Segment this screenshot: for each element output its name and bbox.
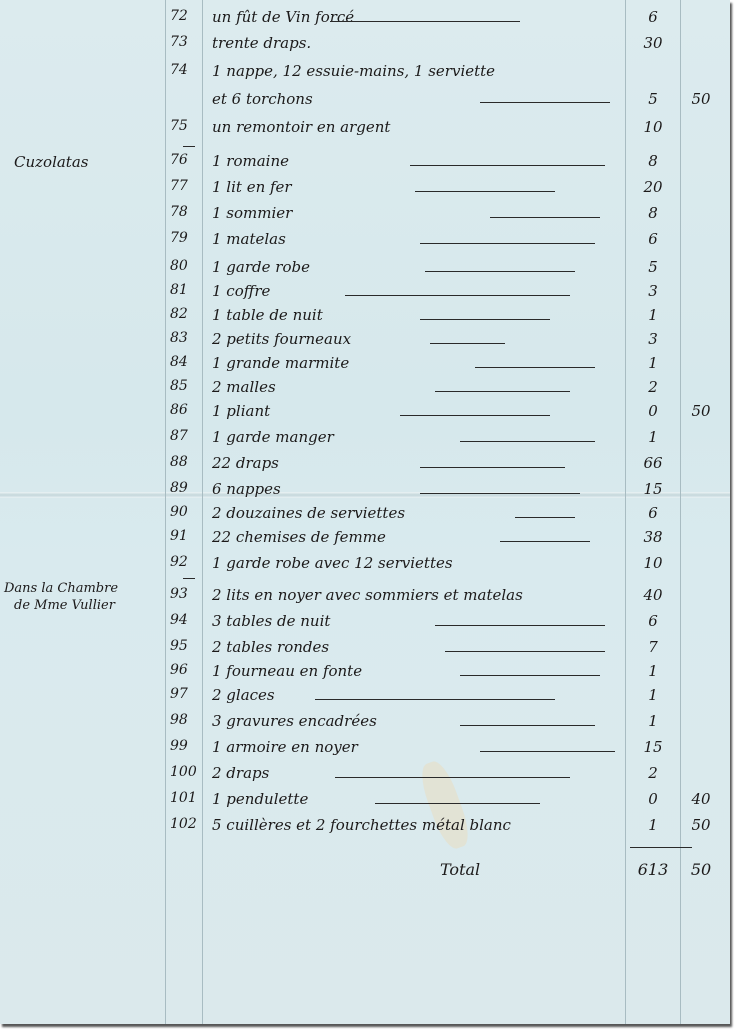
leader-line bbox=[425, 271, 575, 272]
total-francs: 613 bbox=[628, 860, 678, 879]
item-francs: 6 bbox=[628, 230, 678, 248]
leader-line bbox=[435, 625, 605, 626]
item-number: 84 bbox=[170, 354, 200, 370]
item-description: 1 sommier bbox=[212, 204, 292, 222]
inventory-row: 983 gravures encadrées1 bbox=[0, 712, 730, 738]
item-francs: 6 bbox=[628, 612, 678, 630]
leader-line bbox=[345, 295, 570, 296]
inventory-row: 811 coffre3 bbox=[0, 282, 730, 308]
inventory-row: 771 lit en fer20 bbox=[0, 178, 730, 204]
item-number: 99 bbox=[170, 738, 200, 754]
item-description: 3 gravures encadrées bbox=[212, 712, 377, 730]
item-francs: 40 bbox=[628, 586, 678, 604]
item-number: 79 bbox=[170, 230, 200, 246]
item-francs: 38 bbox=[628, 528, 678, 546]
inventory-row: 1025 cuillères et 2 fourchettes métal bl… bbox=[0, 816, 730, 842]
item-description: trente draps. bbox=[212, 34, 311, 52]
item-number: 74 bbox=[170, 62, 200, 78]
item-francs: 2 bbox=[628, 378, 678, 396]
item-francs: 15 bbox=[628, 738, 678, 756]
item-francs: 30 bbox=[628, 34, 678, 52]
leader-line bbox=[375, 803, 540, 804]
inventory-row: 871 garde manger1 bbox=[0, 428, 730, 454]
item-francs: 66 bbox=[628, 454, 678, 472]
leader-line bbox=[445, 651, 605, 652]
item-number: 88 bbox=[170, 454, 200, 470]
item-francs: 10 bbox=[628, 118, 678, 136]
item-description: 1 garde manger bbox=[212, 428, 334, 446]
item-number: 98 bbox=[170, 712, 200, 728]
item-number: 102 bbox=[170, 816, 200, 832]
item-francs: 1 bbox=[628, 662, 678, 680]
item-number: 89 bbox=[170, 480, 200, 496]
item-francs: 8 bbox=[628, 204, 678, 222]
inventory-row: 943 tables de nuit6 bbox=[0, 612, 730, 638]
inventory-row: 991 armoire en noyer15 bbox=[0, 738, 730, 764]
section-divider bbox=[183, 146, 195, 147]
ledger-page: Cuzolatas Dans la Chambre de Mme Vullier… bbox=[0, 0, 730, 1024]
item-francs: 1 bbox=[628, 816, 678, 834]
inventory-row: 961 fourneau en fonte1 bbox=[0, 662, 730, 688]
item-description: 1 romaine bbox=[212, 152, 289, 170]
item-francs: 1 bbox=[628, 686, 678, 704]
item-description: 6 nappes bbox=[212, 480, 281, 498]
item-description: 2 lits en noyer avec sommiers et matelas bbox=[212, 586, 523, 604]
leader-line bbox=[490, 217, 600, 218]
inventory-row: 8822 draps66 bbox=[0, 454, 730, 480]
item-description: 5 cuillères et 2 fourchettes métal blanc bbox=[212, 816, 511, 834]
item-francs: 1 bbox=[628, 306, 678, 324]
inventory-row: 791 matelas6 bbox=[0, 230, 730, 256]
item-number: 81 bbox=[170, 282, 200, 298]
item-francs: 8 bbox=[628, 152, 678, 170]
item-description: 2 tables rondes bbox=[212, 638, 329, 656]
leader-line bbox=[335, 777, 570, 778]
item-number: 87 bbox=[170, 428, 200, 444]
leader-line bbox=[410, 165, 605, 166]
item-francs: 7 bbox=[628, 638, 678, 656]
inventory-row: 861 pliant050 bbox=[0, 402, 730, 428]
item-francs: 0 bbox=[628, 790, 678, 808]
item-number: 101 bbox=[170, 790, 200, 806]
inventory-row: 832 petits fourneaux3 bbox=[0, 330, 730, 356]
item-description: 22 chemises de femme bbox=[212, 528, 386, 546]
inventory-row: 801 garde robe5 bbox=[0, 258, 730, 284]
section-divider bbox=[183, 578, 195, 579]
item-description: 22 draps bbox=[212, 454, 279, 472]
item-description: 1 nappe, 12 essuie-mains, 1 serviette bbox=[212, 62, 495, 80]
item-francs: 6 bbox=[628, 8, 678, 26]
leader-line bbox=[430, 343, 505, 344]
inventory-row: 741 nappe, 12 essuie-mains, 1 serviette5… bbox=[0, 62, 730, 88]
leader-line bbox=[515, 517, 575, 518]
item-number: 80 bbox=[170, 258, 200, 274]
item-description: 2 draps bbox=[212, 764, 269, 782]
item-francs: 10 bbox=[628, 554, 678, 572]
item-description: 1 armoire en noyer bbox=[212, 738, 358, 756]
item-description-continued: et 6 torchons bbox=[212, 90, 313, 108]
item-description: 1 coffre bbox=[212, 282, 270, 300]
item-francs: 20 bbox=[628, 178, 678, 196]
inventory-row: 73trente draps.30 bbox=[0, 34, 730, 60]
leader-line bbox=[330, 21, 520, 22]
inventory-row: 9122 chemises de femme38 bbox=[0, 528, 730, 554]
item-description: 2 malles bbox=[212, 378, 276, 396]
item-centimes: 50 bbox=[683, 816, 719, 834]
leader-line bbox=[500, 541, 590, 542]
item-francs: 5 bbox=[628, 90, 678, 108]
total-rule bbox=[630, 847, 692, 848]
item-francs: 2 bbox=[628, 764, 678, 782]
inventory-row: 921 garde robe avec 12 serviettes10 bbox=[0, 554, 730, 580]
leader-line bbox=[420, 467, 565, 468]
item-number: 95 bbox=[170, 638, 200, 654]
item-description: 2 petits fourneaux bbox=[212, 330, 351, 348]
inventory-row: 841 grande marmite1 bbox=[0, 354, 730, 380]
item-number: 96 bbox=[170, 662, 200, 678]
leader-line bbox=[420, 243, 595, 244]
inventory-row: 72un fût de Vin forcé6 bbox=[0, 8, 730, 34]
item-number: 85 bbox=[170, 378, 200, 394]
item-francs: 1 bbox=[628, 354, 678, 372]
item-number: 83 bbox=[170, 330, 200, 346]
inventory-row: 761 romaine8 bbox=[0, 152, 730, 178]
item-number: 78 bbox=[170, 204, 200, 220]
item-centimes: 50 bbox=[683, 90, 719, 108]
item-francs: 3 bbox=[628, 330, 678, 348]
item-number: 97 bbox=[170, 686, 200, 702]
inventory-row: 952 tables rondes7 bbox=[0, 638, 730, 664]
item-number: 94 bbox=[170, 612, 200, 628]
item-number: 73 bbox=[170, 34, 200, 50]
item-description: un remontoir en argent bbox=[212, 118, 390, 136]
item-description: 1 grande marmite bbox=[212, 354, 349, 372]
inventory-row: 1011 pendulette040 bbox=[0, 790, 730, 816]
leader-line bbox=[435, 391, 570, 392]
item-centimes: 40 bbox=[683, 790, 719, 808]
item-number: 91 bbox=[170, 528, 200, 544]
item-francs: 1 bbox=[628, 428, 678, 446]
leader-line bbox=[415, 191, 555, 192]
leader-line bbox=[400, 415, 550, 416]
inventory-row: 972 glaces1 bbox=[0, 686, 730, 712]
total-cents: 50 bbox=[683, 860, 719, 879]
item-number: 92 bbox=[170, 554, 200, 570]
item-francs: 6 bbox=[628, 504, 678, 522]
item-number: 76 bbox=[170, 152, 200, 168]
inventory-row: 932 lits en noyer avec sommiers et matel… bbox=[0, 586, 730, 612]
item-description: 1 pliant bbox=[212, 402, 270, 420]
item-description: 1 fourneau en fonte bbox=[212, 662, 362, 680]
item-centimes: 50 bbox=[683, 402, 719, 420]
item-description: 2 douzaines de serviettes bbox=[212, 504, 405, 522]
inventory-row: 821 table de nuit1 bbox=[0, 306, 730, 332]
item-description: 1 matelas bbox=[212, 230, 286, 248]
item-description: 3 tables de nuit bbox=[212, 612, 330, 630]
item-francs: 1 bbox=[628, 712, 678, 730]
item-description: un fût de Vin forcé bbox=[212, 8, 354, 26]
inventory-row: 902 douzaines de serviettes6 bbox=[0, 504, 730, 530]
item-description: 1 table de nuit bbox=[212, 306, 323, 324]
inventory-row: 1002 draps2 bbox=[0, 764, 730, 790]
leader-line bbox=[460, 441, 595, 442]
item-number: 72 bbox=[170, 8, 200, 24]
item-description: 1 garde robe avec 12 serviettes bbox=[212, 554, 453, 572]
inventory-row: 852 malles2 bbox=[0, 378, 730, 404]
leader-line bbox=[480, 751, 615, 752]
leader-line bbox=[460, 675, 600, 676]
item-number: 75 bbox=[170, 118, 200, 134]
inventory-row: 896 nappes15 bbox=[0, 480, 730, 506]
item-number: 93 bbox=[170, 586, 200, 602]
item-description: 2 glaces bbox=[212, 686, 275, 704]
item-number: 77 bbox=[170, 178, 200, 194]
total-label: Total bbox=[440, 860, 480, 879]
item-francs: 15 bbox=[628, 480, 678, 498]
item-description: 1 garde robe bbox=[212, 258, 310, 276]
item-number: 90 bbox=[170, 504, 200, 520]
item-francs: 3 bbox=[628, 282, 678, 300]
item-number: 82 bbox=[170, 306, 200, 322]
item-francs: 5 bbox=[628, 258, 678, 276]
item-description: 1 pendulette bbox=[212, 790, 308, 808]
leader-line bbox=[420, 319, 550, 320]
item-francs: 0 bbox=[628, 402, 678, 420]
item-number: 100 bbox=[170, 764, 200, 780]
leader-line bbox=[460, 725, 595, 726]
item-number: 86 bbox=[170, 402, 200, 418]
inventory-row: 781 sommier8 bbox=[0, 204, 730, 230]
leader-line bbox=[315, 699, 555, 700]
item-description: 1 lit en fer bbox=[212, 178, 292, 196]
leader-line bbox=[420, 493, 580, 494]
inventory-row: 75un remontoir en argent10 bbox=[0, 118, 730, 144]
leader-line bbox=[480, 102, 610, 103]
leader-line bbox=[475, 367, 595, 368]
